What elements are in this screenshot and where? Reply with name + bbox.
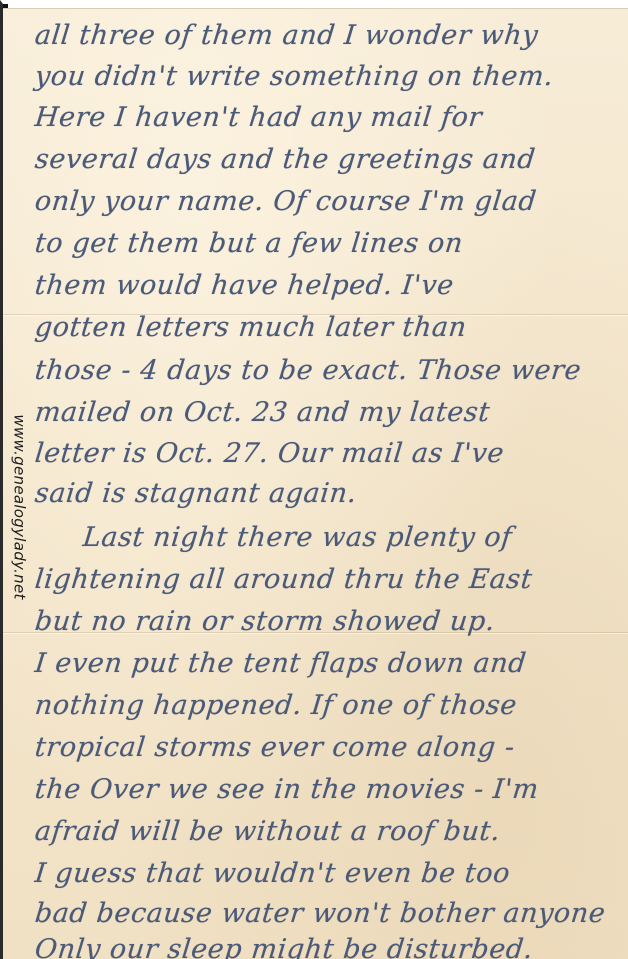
letter-line: several days and the greetings and bbox=[33, 144, 537, 175]
letter-line: those - 4 days to be exact. Those were bbox=[33, 355, 583, 386]
letter-line: lightening all around thru the East bbox=[33, 564, 534, 595]
letter-line: Only our sleep might be disturbed. bbox=[33, 934, 534, 959]
letter-line: bad because water won't bother anyone bbox=[33, 898, 607, 929]
letter-line: nothing happened. If one of those bbox=[33, 690, 518, 721]
letter-line: tropical storms ever come along - bbox=[33, 732, 516, 763]
letter-line: afraid will be without a roof but. bbox=[33, 816, 502, 847]
letter-line: to get them but a few lines on bbox=[33, 228, 464, 259]
letter-line: them would have helped. I've bbox=[33, 270, 455, 301]
scan-corner-mark bbox=[0, 0, 8, 8]
letter-line: all three of them and I wonder why bbox=[33, 20, 539, 51]
letter-line: Here I haven't had any mail for bbox=[33, 102, 483, 133]
letter-line: you didn't write something on them. bbox=[33, 61, 555, 92]
letter-line: but no rain or storm showed up. bbox=[33, 606, 496, 637]
letter-line: I even put the tent flaps down and bbox=[33, 648, 527, 679]
letter-line: letter is Oct. 27. Our mail as I've bbox=[33, 438, 505, 469]
letter-line: only your name. Of course I'm glad bbox=[33, 186, 538, 217]
letter-line: mailed on Oct. 23 and my latest bbox=[33, 397, 491, 428]
letter-line: I guess that wouldn't even be too bbox=[33, 858, 511, 889]
watermark-text: www.genealogylady.net bbox=[11, 414, 29, 599]
watermark: www.genealogylady.net bbox=[7, 382, 33, 632]
scan-top-edge bbox=[3, 4, 628, 9]
letter-line: gotten letters much later than bbox=[33, 312, 468, 343]
letter-line: Last night there was plenty of bbox=[81, 522, 513, 553]
letter-line: the Over we see in the movies - I'm bbox=[33, 774, 540, 805]
letter-line: said is stagnant again. bbox=[33, 478, 358, 509]
letter-page: www.genealogylady.net all three of them … bbox=[0, 0, 628, 959]
